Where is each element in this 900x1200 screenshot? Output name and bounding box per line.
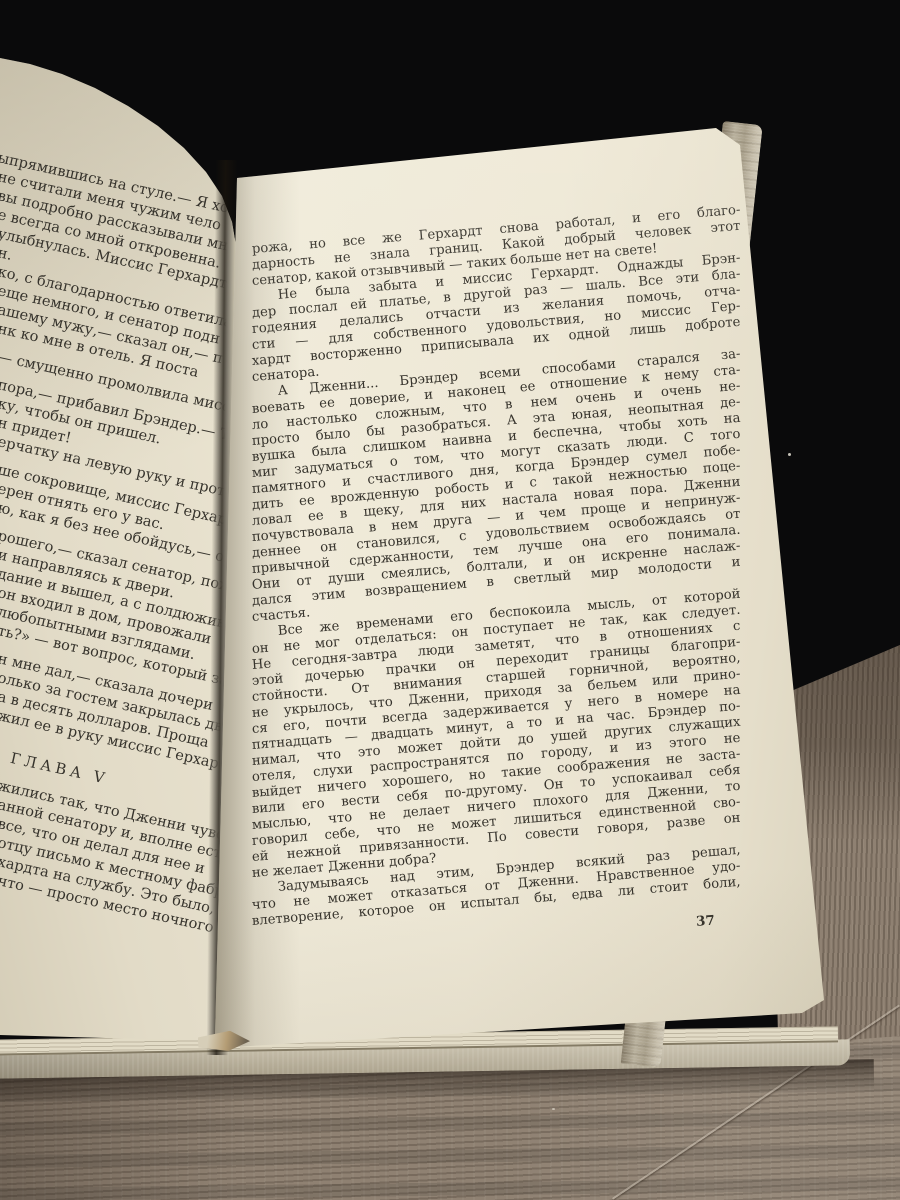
right-page-text-line: он не мог отделаться: он поступает не та… — [251, 603, 741, 658]
page-number: 37 — [251, 912, 729, 961]
right-page-text-line: дался этим возвращением в светлый мир мо… — [251, 555, 741, 610]
right-page-text-line: памятного и счастливого дня, когда Брэнд… — [251, 443, 741, 498]
right-page-text-line: дить ее врожденную робость и с такой неж… — [251, 459, 741, 514]
right-page-text-line: Все же временами его беспокоила мысль, о… — [251, 587, 741, 642]
right-page-text-line: ся его, почти всегда задерживается у нег… — [251, 683, 741, 738]
right-page-text-line: ей нежной привязанности. По совести гово… — [251, 811, 741, 866]
right-page-text-line: пятнадцать — двадцать минут, а то и на ч… — [251, 699, 741, 754]
right-page-text-line: вили его вести себя по-другому. Он то ус… — [251, 763, 741, 818]
dust-speck — [552, 1108, 555, 1110]
right-page-text-line: привычной сдержанности, тем лучше она ег… — [251, 523, 741, 578]
right-page-text-line: выйдет ничего хорошего, но такие соображ… — [251, 747, 741, 802]
right-page-text-line: не желает Дженни добра? — [251, 827, 741, 882]
right-page-text-line: сенатора. — [251, 331, 741, 386]
right-page-text-line: влетворение, которое он испытал бы, едва… — [251, 875, 741, 930]
right-page-text-line: годеяния делались отчасти из желания пом… — [251, 283, 741, 338]
dust-speck — [788, 453, 791, 456]
right-page-text-line: не укрылось, что Дженни, приходя за бель… — [251, 667, 741, 722]
right-page-text-line: миг задуматься о том, что могут сказать … — [251, 427, 741, 482]
right-page-text-line: сти — для собственного удовольствия, но … — [251, 299, 741, 354]
right-page-text-line: Не сегодня-завтра люди заметят, что в от… — [251, 619, 741, 674]
right-page-text-line: Задумываясь над этим, Брэндер всякий раз… — [251, 843, 741, 898]
right-page-text-line: ловал ее в щеку, для них настала новая п… — [251, 475, 741, 530]
right-page-text-line: деннее он становился, с удовольствием ос… — [251, 507, 741, 562]
right-page-text-line: стойности. От внимания старшей горничной… — [251, 651, 741, 706]
right-page-text-line: ло настолько сложным, что в нем очень и … — [251, 379, 741, 434]
right-page-text-line: А Дженни... Брэндер всеми способами стар… — [251, 347, 741, 402]
right-page-text-line: хардт восторженно приписывала их одной л… — [251, 315, 741, 370]
right-page-text-line: счастья. — [251, 571, 741, 626]
right-page-text-line: Они от души смеялись, болтали, и он искр… — [251, 539, 741, 594]
right-page-text-line: рожа, но все же Герхардт снова работал, … — [251, 203, 741, 258]
right-page-text-line: сенатор, какой отзывчивый — таких больше… — [251, 235, 741, 290]
book-photo-scene: ыпрямившись на стуле.— Я хотене считали … — [0, 0, 900, 1200]
right-page-text-line: мыслью, что не делает ничего плохого для… — [251, 779, 741, 834]
right-page-text-line: нимал, что это может дойти до ушей други… — [251, 715, 741, 770]
right-page-text-line: отеля, слухи распространятся по городу, … — [251, 731, 741, 786]
page-number-row: 37 — [252, 930, 742, 961]
right-page-text-line: воевать ее доверие, и наконец ее отношен… — [251, 363, 741, 418]
right-page-text-line: говорил себе, что не может лишиться един… — [251, 795, 741, 850]
right-page-text-line: дер послал ей платье, в другой раз — шал… — [251, 267, 741, 322]
right-page-text-line: Не была забыта и миссис Герхардт. Однажд… — [251, 251, 741, 306]
right-page-text-line: этой дочерью прачки он переходит границы… — [251, 635, 741, 690]
right-page-text-line: что не может отказаться от Дженни. Нравс… — [251, 859, 741, 914]
right-page-text-line: вушка была слишком наивна и беспечна, чт… — [251, 411, 741, 466]
right-page-text-line: просто было бы разобраться. А эта юная, … — [251, 395, 741, 450]
right-page-text-line: дарность не знала границ. Какой добрый ч… — [251, 219, 741, 274]
right-page-text: рожа, но все же Герхардт снова работал, … — [252, 242, 742, 930]
right-page-text-line: почувствовала в нем друга — и чем проще … — [251, 491, 741, 546]
